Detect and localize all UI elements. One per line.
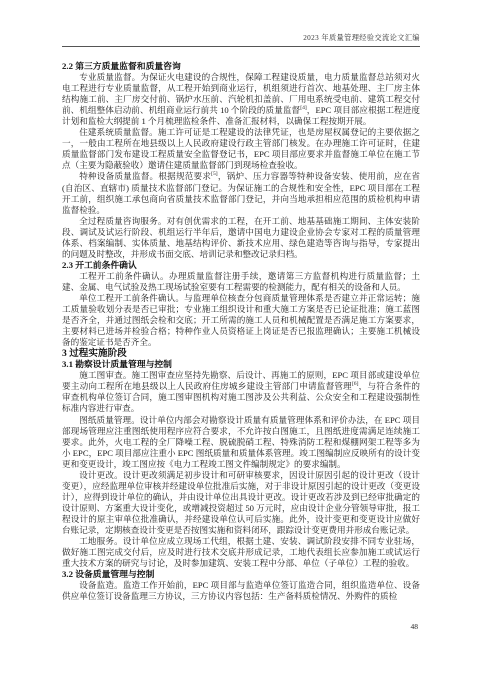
- section-heading-2-3: 2.3 开工前条件确认: [62, 260, 420, 271]
- paragraph-whole-process-consulting: 全过程质量咨询服务。对有创优需求的工程，在开工前、地基基础施工期间、主体安装阶段…: [62, 216, 420, 260]
- paragraph-text: 特种设备质量监督。根据规范要求: [79, 171, 211, 181]
- paragraph-special-equipment-supervision: 特种设备质量监督。根据规范要求[5]，锅炉、压力容器等特种设备安装、使用前，应在…: [62, 171, 420, 215]
- section-heading-2-2: 2.2 第三方质量监督和质量咨询: [62, 61, 420, 72]
- paragraph-site-service: 工地服务。设计单位应成立现场工代组，根据土建、安装、调试阶段安排不同专业驻场，做…: [62, 536, 420, 569]
- page-number: 48: [411, 622, 419, 631]
- section-heading-3-1: 3.1 勘察设计质量管理与控制: [62, 359, 420, 370]
- paragraph-equipment-supervision: 设备监造。监造工作开始前，EPC 项目部与监造单位签订监造合同，组织监造单位、设…: [62, 580, 420, 602]
- document-page: 2023 年质量管理经验交流论文汇编 2.2 第三方质量监督和质量咨询 专业质量…: [0, 0, 480, 679]
- section-heading-3-2: 3.2 设备质量管理与控制: [62, 569, 420, 580]
- paragraph-housing-construction-supervision: 住建系统质量监督。施工许可证是工程建设的法律凭证，也是房屋权属登记的主要依据之一…: [62, 127, 420, 171]
- paragraph-unit-pre-start-confirmation: 单位工程开工前条件确认。与监理单位核查分包商质量管理体系是否建立并正常运转；施工…: [62, 293, 420, 348]
- page-header-title: 2023 年质量管理经验交流论文汇编: [303, 34, 420, 42]
- paragraph-drawing-review: 施工图审查。施工图审查应坚持先勘察、后设计、再施工的原则，EPC 项目部或建设单…: [62, 370, 420, 414]
- page-header: 2023 年质量管理经验交流论文汇编: [62, 33, 420, 47]
- paragraph-professional-supervision: 专业质量监督。为保证火电建设的合规性，保障工程建设质量，电力质量监督总站须对火电…: [62, 72, 420, 127]
- section-heading-3: 3 过程实施阶段: [62, 348, 420, 359]
- paragraph-drawing-quality-management: 图纸质量管理。设计单位内部会对勘察设计质量有质量管理体系和评价办法，在 EPC …: [62, 415, 420, 470]
- paragraph-pre-start-confirmation: 工程开工前条件确认。办理质量监督注册手续，邀请第三方监督机构进行质量监督；土建、…: [62, 271, 420, 293]
- paragraph-design-changes: 设计更改。设计更改须满足初步设计和可研审核要求，因设计原因引起的设计更改（设计变…: [62, 470, 420, 536]
- document-body: 2.2 第三方质量监督和质量咨询 专业质量监督。为保证火电建设的合规性，保障工程…: [62, 61, 420, 602]
